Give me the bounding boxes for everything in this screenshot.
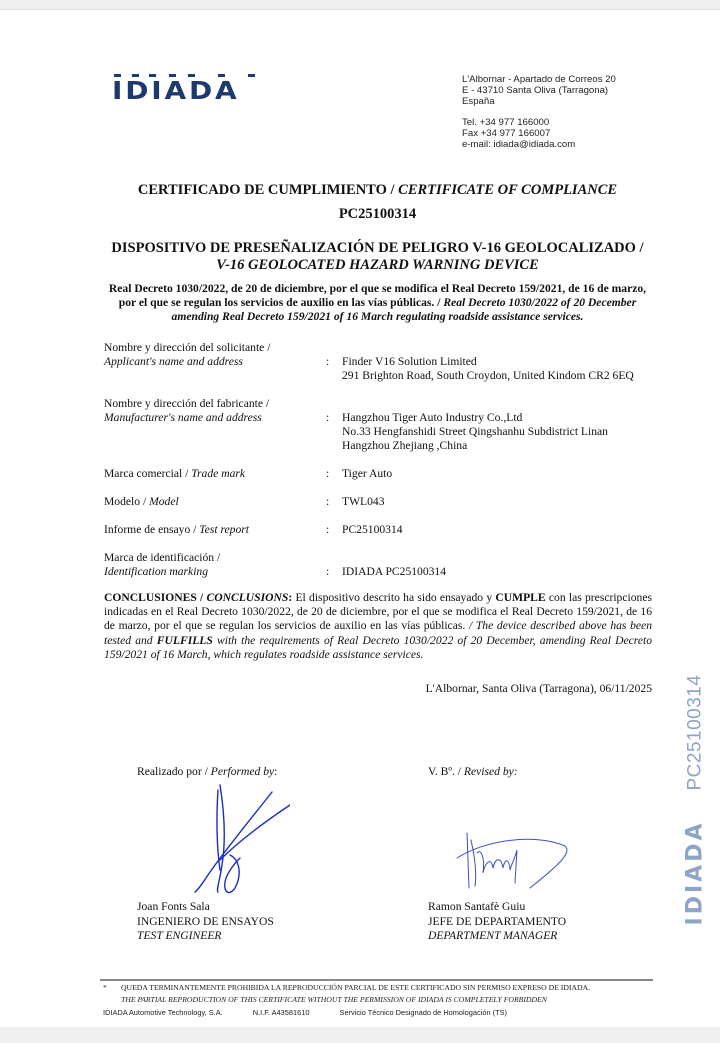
- signer-name: Ramon Santafè Guiu: [428, 900, 566, 915]
- device-title: DISPOSITIVO DE PRESEÑALIZACIÓN DE PELIGR…: [100, 240, 655, 274]
- performed-by-block: Joan Fonts Sala INGENIERO DE ENSAYOS TES…: [137, 900, 274, 944]
- address-line: E - 43710 Santa Oliva (Tarragona): [462, 85, 616, 96]
- certificate-number: PC25100314: [100, 206, 655, 223]
- field-label: Nombre y dirección del solicitante / App…: [104, 341, 324, 369]
- field-value: TWL043: [342, 495, 652, 509]
- logo-text: IDIADA: [112, 80, 280, 102]
- revised-by-signature: [455, 828, 575, 903]
- company-info: IDIADA Automotive Technology, S.A. N.I.F…: [103, 1008, 535, 1017]
- performed-by-label: Realizado por / Performed by:: [137, 765, 277, 778]
- conclusions: CONCLUSIONES / CONCLUSIONS: El dispositi…: [104, 591, 652, 662]
- company-name: IDIADA Automotive Technology, S.A.: [103, 1008, 223, 1017]
- technical-service: Servicio Técnico Designado de Homologaci…: [340, 1008, 507, 1017]
- top-band: [0, 0, 720, 10]
- place-date: L'Albornar, Santa Oliva (Tarragona), 06/…: [426, 682, 652, 695]
- phone: Tel. +34 977 166000: [462, 117, 616, 128]
- bottom-band: [0, 1027, 720, 1043]
- revised-by-block: Ramon Santafè Guiu JEFE DE DEPARTAMENTO …: [428, 900, 566, 944]
- field-label: Marca de identificación / Identification…: [104, 551, 324, 579]
- certificate-title: CERTIFICADO DE CUMPLIMIENTO / CERTIFICAT…: [100, 182, 655, 199]
- field-value: Finder V16 Solution Limited 291 Brighton…: [342, 355, 652, 383]
- performed-by-signature: [180, 780, 290, 900]
- field-label: Modelo / Model: [104, 495, 324, 509]
- field-label: Marca comercial / Trade mark: [104, 467, 324, 481]
- idiada-logo: IDIADA: [112, 74, 262, 102]
- email-link[interactable]: e-mail: idiada@idiada.com: [462, 139, 616, 150]
- field-value: Hangzhou Tiger Auto Industry Co.,Ltd No.…: [342, 411, 654, 453]
- issuer-address: L'Albornar - Apartado de Correos 20 E - …: [462, 74, 616, 150]
- signer-role-en: TEST ENGINEER: [137, 929, 274, 944]
- signer-role-en: DEPARTMENT MANAGER: [428, 929, 566, 944]
- field-value: Tiger Auto: [342, 467, 652, 481]
- fax: Fax +34 977 166007: [462, 128, 616, 139]
- reproduction-notice: * QUEDA TERMINANTEMENTE PROHIBIDA LA REP…: [103, 982, 663, 1006]
- company-nif: N.I.F. A43581610: [253, 1008, 310, 1017]
- signer-role: INGENIERO DE ENSAYOS: [137, 915, 274, 930]
- signer-role: JEFE DE DEPARTAMENTO: [428, 915, 566, 930]
- footer-divider: [100, 979, 653, 981]
- signer-name: Joan Fonts Sala: [137, 900, 274, 915]
- side-number: PC25100314: [684, 675, 706, 791]
- field-value: IDIADA PC25100314: [342, 565, 652, 579]
- field-label: Informe de ensayo / Test report: [104, 523, 324, 537]
- field-value: PC25100314: [342, 523, 652, 537]
- address-line: L'Albornar - Apartado de Correos 20: [462, 74, 616, 85]
- field-label: Nombre y dirección del fabricante / Manu…: [104, 397, 324, 425]
- address-line: España: [462, 96, 616, 107]
- decree-reference: Real Decreto 1030/2022, de 20 de diciemb…: [100, 282, 655, 324]
- side-stamp: IDIADA PC25100314: [683, 675, 708, 926]
- revised-by-label: V. Bº. / Revised by:: [428, 765, 518, 778]
- side-logo: IDIADA: [683, 820, 708, 925]
